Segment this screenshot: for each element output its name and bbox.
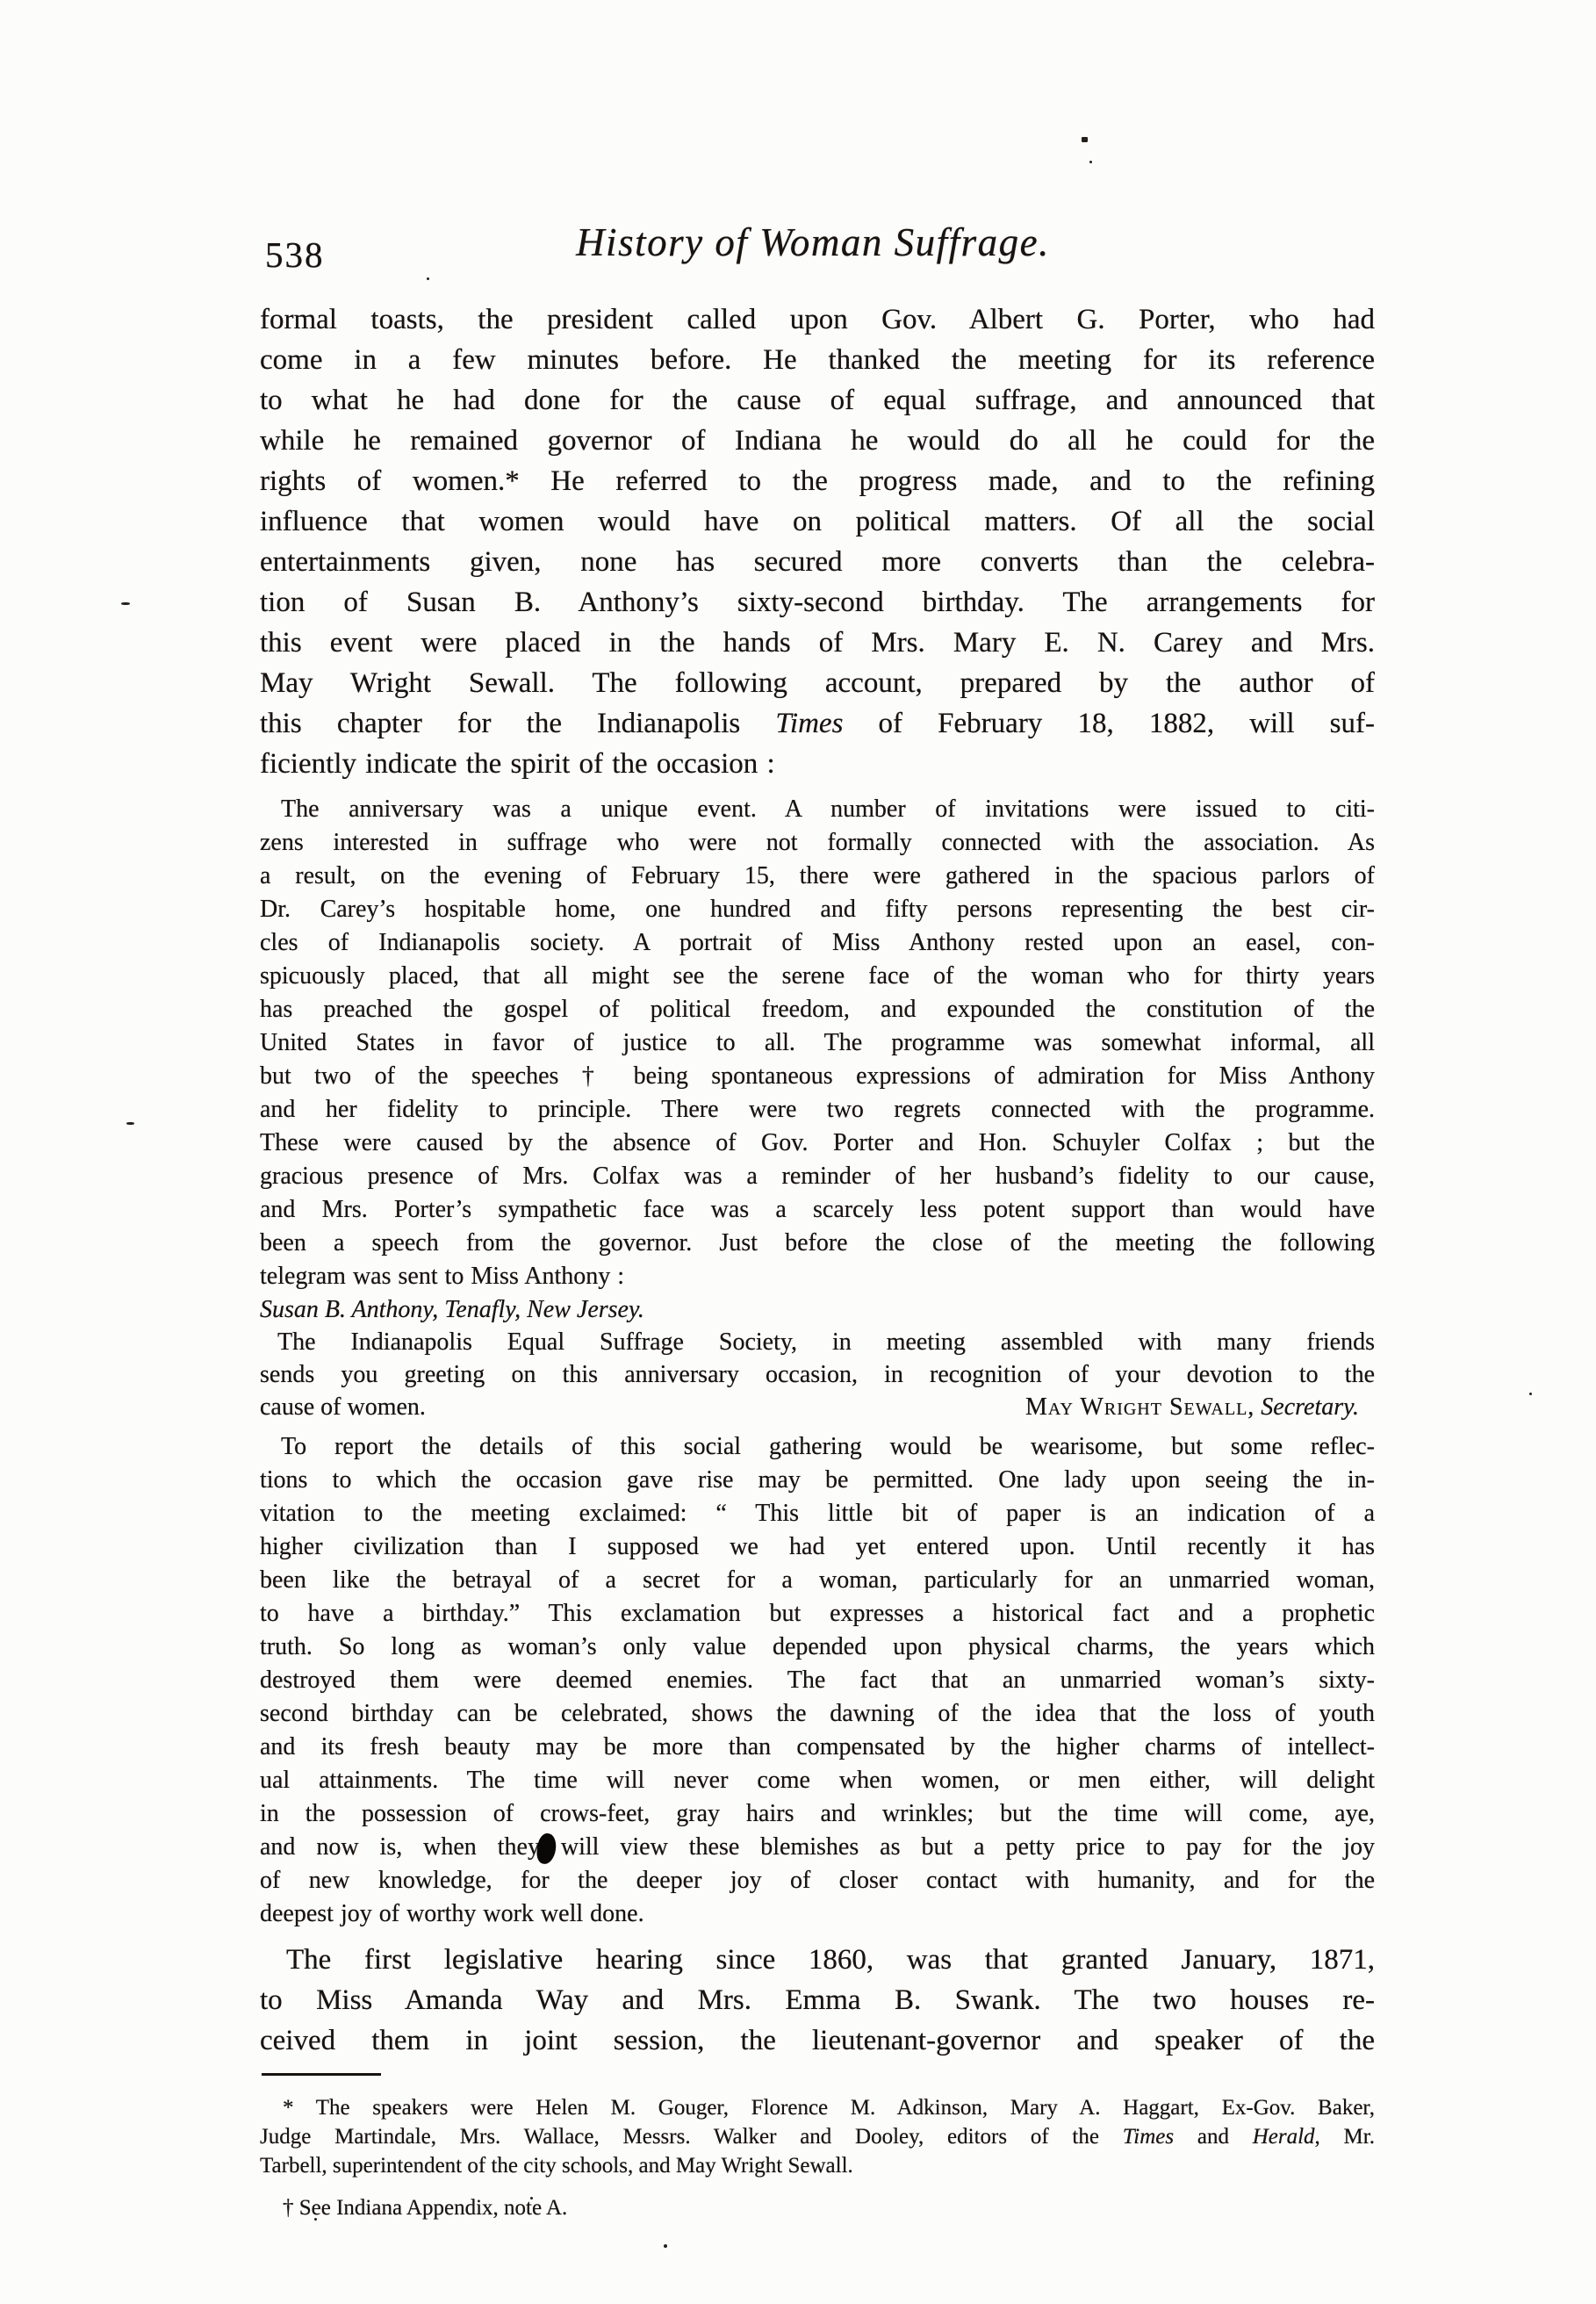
text-column: formal toasts, the president called upon… bbox=[260, 299, 1375, 2222]
text-line: sends you greeting on this anniversary o… bbox=[260, 1358, 1375, 1391]
text-line: ficiently indicate the spirit of the occ… bbox=[260, 744, 1375, 784]
text-line: telegram was sent to Miss Anthony : bbox=[260, 1260, 1375, 1293]
text-line: rights of women.* He referred to the pro… bbox=[260, 461, 1375, 501]
text-line: To report the details of this social gat… bbox=[260, 1430, 1375, 1464]
telegram-signature: May Wright Sewall, Secretary. bbox=[1025, 1391, 1359, 1423]
text-line: vitation to the meeting exclaimed: “ Thi… bbox=[260, 1497, 1375, 1530]
times-italic: Times bbox=[1123, 2125, 1174, 2149]
text-line: formal toasts, the president called upon… bbox=[260, 299, 1375, 340]
text-line: influence that women would have on polit… bbox=[260, 501, 1375, 542]
page: 538 History of Woman Suffrage. formal to… bbox=[0, 0, 1596, 2304]
text-line: but two of the speeches † being spontane… bbox=[260, 1060, 1375, 1093]
footnote-line: * The speakers were Helen M. Gouger, Flo… bbox=[260, 2093, 1375, 2122]
text-line: cles of Indianapolis society. A portrait… bbox=[260, 926, 1375, 960]
text-line: deepest joy of worthy work well done. bbox=[260, 1897, 1375, 1931]
text-line: and her fidelity to principle. There wer… bbox=[260, 1093, 1375, 1127]
text-line: destroyed them were deemed enemies. The … bbox=[260, 1664, 1375, 1697]
times-title-italic: Times bbox=[775, 708, 843, 739]
quoted-account-paragraph: The anniversary was a unique event. A nu… bbox=[260, 793, 1375, 1293]
text-line: of new knowledge, for the deeper joy of … bbox=[260, 1864, 1375, 1897]
scan-speck bbox=[121, 602, 130, 605]
scan-speck bbox=[530, 2197, 533, 2200]
text-line: ual attainments. The time will never com… bbox=[260, 1764, 1375, 1797]
text-line: The anniversary was a unique event. A nu… bbox=[260, 793, 1375, 826]
text-line: These were caused by the absence of Gov.… bbox=[260, 1127, 1375, 1160]
text-segment: and bbox=[1174, 2125, 1253, 2149]
text-line: ceived them in joint session, the lieute… bbox=[260, 2020, 1375, 2061]
footnote-line: Judge Martindale, Mrs. Wallace, Messrs. … bbox=[260, 2122, 1375, 2151]
footnote-line: Tarbell, superintendent of the city scho… bbox=[260, 2151, 1375, 2180]
text-line: and now is, when they will view these bl… bbox=[260, 1831, 1375, 1864]
text-line: gracious presence of Mrs. Colfax was a r… bbox=[260, 1160, 1375, 1193]
text-line: tions to which the occasion gave rise ma… bbox=[260, 1464, 1375, 1497]
text-line: spicuously placed, that all might see th… bbox=[260, 960, 1375, 993]
text-line: come in a few minutes before. He thanked… bbox=[260, 340, 1375, 380]
text-segment: of February 18, 1882, will suf- bbox=[843, 708, 1375, 739]
footnotes: * The speakers were Helen M. Gouger, Flo… bbox=[260, 2093, 1375, 2222]
footnote-line: † See Indiana Appendix, note A. bbox=[260, 2193, 1375, 2222]
text-line: to what he had done for the cause of equ… bbox=[260, 380, 1375, 421]
scan-speck bbox=[664, 2244, 667, 2248]
scan-speck bbox=[126, 1122, 134, 1125]
running-title: History of Woman Suffrage. bbox=[260, 220, 1366, 265]
telegram-signature-row: cause of women. May Wright Sewall, Secre… bbox=[260, 1391, 1375, 1423]
text-line: while he remained governor of Indiana he… bbox=[260, 421, 1375, 461]
text-line: tion of Susan B. Anthony’s sixty-second … bbox=[260, 582, 1375, 623]
signature-title: Secretary. bbox=[1261, 1393, 1359, 1421]
text-line: to have a birthday.” This exclamation bu… bbox=[260, 1597, 1375, 1631]
text-line: and Mrs. Porter’s sympathetic face was a… bbox=[260, 1193, 1375, 1227]
text-line: a result, on the evening of February 15,… bbox=[260, 860, 1375, 893]
scan-speck bbox=[1089, 161, 1092, 163]
text-segment: Judge Martindale, Mrs. Wallace, Messrs. … bbox=[260, 2125, 1123, 2149]
text-line: United States in favor of justice to all… bbox=[260, 1026, 1375, 1060]
scan-speck bbox=[314, 2218, 317, 2221]
herald-italic: Herald bbox=[1253, 2125, 1315, 2149]
text-line: to Miss Amanda Way and Mrs. Emma B. Swan… bbox=[260, 1980, 1375, 2020]
text-line: in the possession of crows-feet, gray ha… bbox=[260, 1797, 1375, 1831]
telegram-address: Susan B. Anthony, Tenafly, New Jersey. bbox=[260, 1293, 1375, 1326]
scanned-book-page: { "colors": { "paper": "#fcfcfa", "ink":… bbox=[0, 0, 1596, 2304]
text-line: and its fresh beauty may be more than co… bbox=[260, 1731, 1375, 1764]
text-line: second birthday can be celebrated, shows… bbox=[260, 1697, 1375, 1731]
text-line: entertainments given, none has secured m… bbox=[260, 542, 1375, 582]
text-line: been a speech from the governor. Just be… bbox=[260, 1227, 1375, 1260]
text-line: truth. So long as woman’s only value dep… bbox=[260, 1631, 1375, 1664]
text-segment: , Mr. bbox=[1315, 2125, 1375, 2149]
text-segment: cause of women. bbox=[260, 1391, 426, 1423]
reflections-paragraph: To report the details of this social gat… bbox=[260, 1430, 1375, 1931]
scan-speck bbox=[1082, 137, 1088, 142]
running-head: 538 History of Woman Suffrage. bbox=[260, 220, 1375, 293]
scan-speck bbox=[1529, 1393, 1532, 1395]
text-line: May Wright Sewall. The following account… bbox=[260, 663, 1375, 703]
text-line: The Indianapolis Equal Suffrage Society,… bbox=[260, 1326, 1375, 1358]
text-line: been like the betrayal of a secret for a… bbox=[260, 1564, 1375, 1597]
scan-speck bbox=[427, 277, 429, 280]
text-line: this chapter for the Indianapolis Times … bbox=[260, 703, 1375, 744]
closing-paragraph: The first legislative hearing since 1860… bbox=[260, 1940, 1375, 2061]
telegram-block: Susan B. Anthony, Tenafly, New Jersey. T… bbox=[260, 1293, 1375, 1423]
footnote-separator bbox=[262, 2073, 381, 2076]
text-line: this event were placed in the hands of M… bbox=[260, 623, 1375, 663]
signature-name: May Wright Sewall, bbox=[1025, 1393, 1255, 1421]
text-line: has preached the gospel of political fre… bbox=[260, 993, 1375, 1026]
text-segment: this chapter for the Indianapolis bbox=[260, 708, 775, 739]
opening-paragraph: formal toasts, the president called upon… bbox=[260, 299, 1375, 784]
text-line: zens interested in suffrage who were not… bbox=[260, 826, 1375, 860]
text-line: The first legislative hearing since 1860… bbox=[260, 1940, 1375, 1980]
text-line: higher civilization than I supposed we h… bbox=[260, 1530, 1375, 1564]
text-line: Dr. Carey’s hospitable home, one hundred… bbox=[260, 893, 1375, 926]
